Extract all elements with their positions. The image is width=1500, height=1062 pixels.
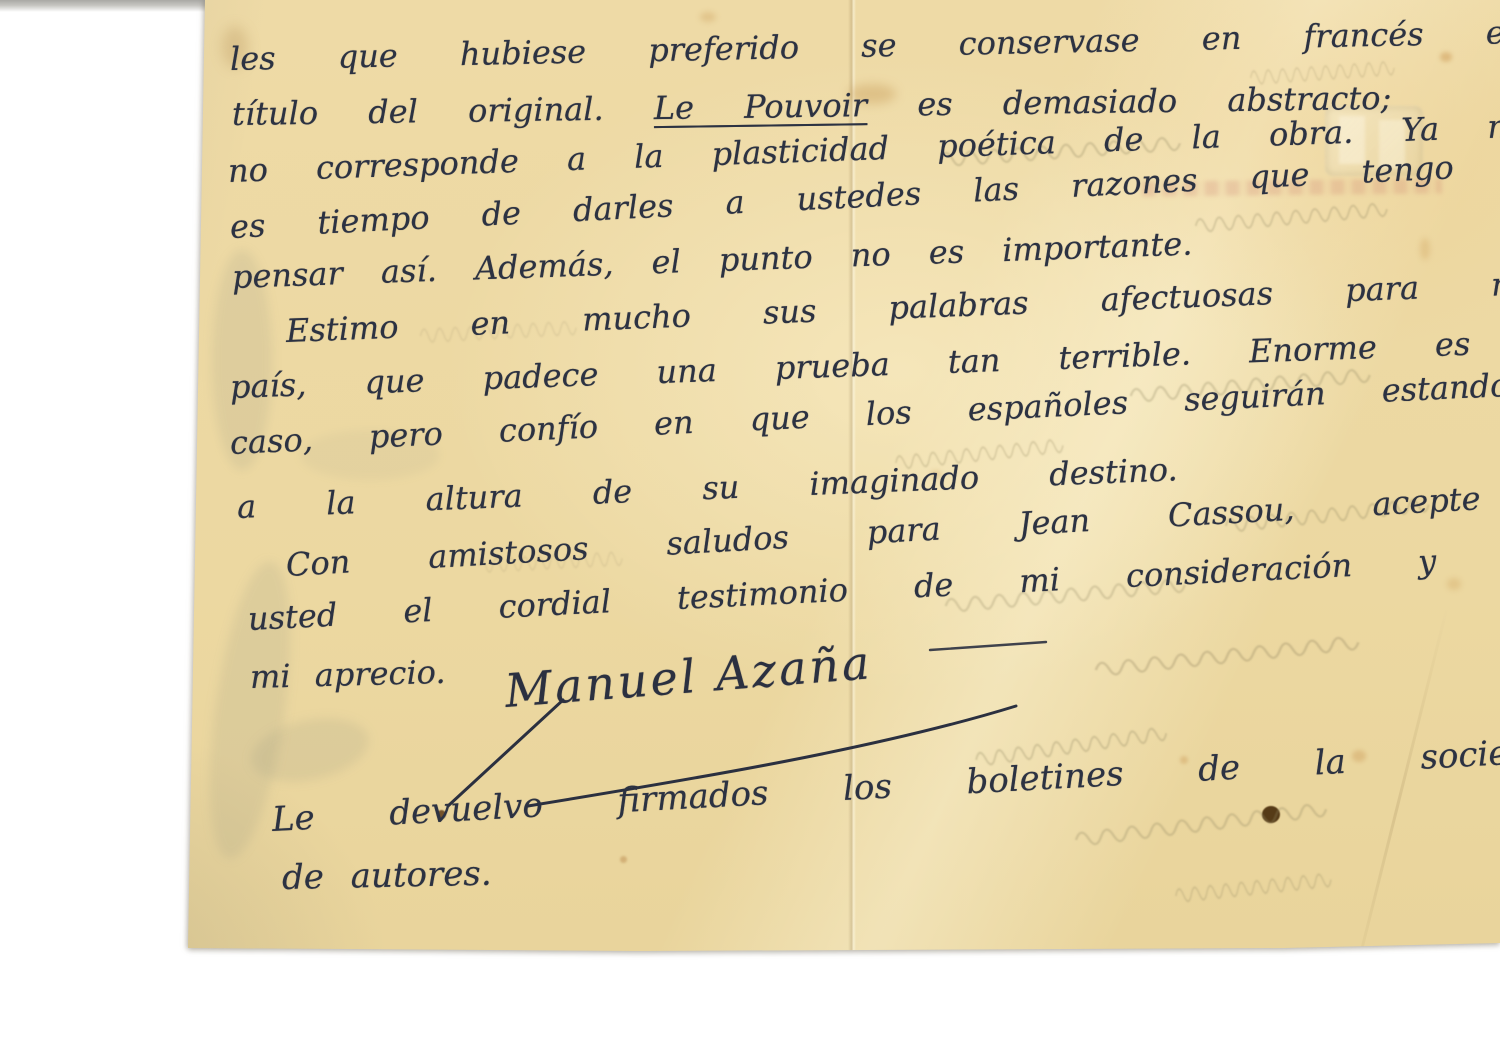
ink-blot: [1262, 806, 1280, 823]
signature-name: Manuel Azaña: [503, 635, 874, 718]
stain: [700, 12, 716, 22]
stain: [620, 856, 627, 863]
scanned-letter-page: les que hubiese preferido se conservase …: [0, 0, 1500, 1062]
paper-shadow-wrap: les que hubiese preferido se conservase …: [0, 0, 1500, 1062]
underlined-title: Le Pouvoir: [654, 86, 868, 127]
handwriting-line-1: les que hubiese preferido se conservase …: [230, 13, 1500, 78]
stain: [1440, 52, 1452, 62]
postscript-line-1: Le devuelvo firmados los boletines de la…: [271, 730, 1500, 840]
diagonal-crease: [1344, 606, 1449, 1014]
handwriting-line-12: mi aprecio.: [250, 653, 447, 696]
letter-paper: les que hubiese preferido se conservase …: [0, 0, 1500, 1062]
stain: [1420, 238, 1430, 260]
line2-pre: título del original.: [232, 89, 654, 133]
postscript-line-2: de autores.: [282, 854, 492, 898]
stain: [1447, 578, 1461, 590]
